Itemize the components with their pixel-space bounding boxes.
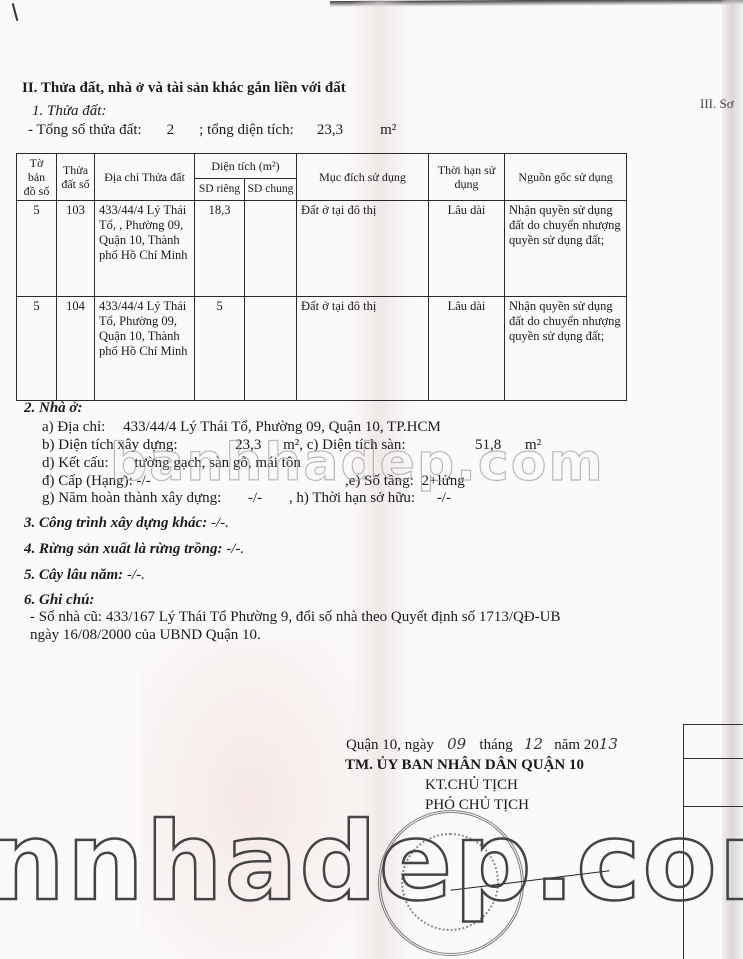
forest-row: 4. Rừng sản xuất là rừng trồng: -/-. bbox=[24, 541, 244, 558]
signature-org: TM. ỦY BAN NHÂN DÂN QUẬN 10 bbox=[345, 757, 584, 774]
forest-value: -/-. bbox=[226, 541, 244, 557]
land-parcel-table: Tờ bản đồ số Thửa đất số Địa chỉ Thửa đấ… bbox=[16, 153, 627, 401]
cell-parcel: 104 bbox=[57, 297, 95, 401]
header-area-common: SD chung bbox=[245, 178, 297, 200]
header-area-private: SD riêng bbox=[195, 178, 245, 200]
watermark-large: nnhadep.com bbox=[0, 800, 743, 925]
date-year-label: năm 20 bbox=[554, 737, 599, 753]
cell-term: Lâu dài bbox=[429, 201, 505, 297]
table-header-row: Tờ bản đồ số Thửa đất số Địa chỉ Thửa đấ… bbox=[17, 154, 627, 179]
house-address-label: a) Địa chỉ: bbox=[42, 419, 105, 435]
signature-date: Quận 10, ngày 09 tháng 12 năm 2013 bbox=[346, 735, 618, 754]
cell-origin: Nhận quyền sử dụng đất do chuyển nhượng … bbox=[505, 297, 627, 401]
cell-area-common bbox=[245, 201, 297, 297]
right-box-line bbox=[683, 758, 743, 759]
forest-label: 4. Rừng sản xuất là rừng trồng: bbox=[24, 541, 222, 557]
header-origin: Nguồn gốc sử dụng bbox=[505, 154, 627, 201]
cell-purpose: Đất ở tại đô thị bbox=[297, 201, 429, 297]
watermark-small: banhhadep.com bbox=[110, 433, 605, 493]
date-year: 13 bbox=[599, 735, 618, 753]
cell-origin: Nhận quyền sử dụng đất do chuyển nhượng … bbox=[505, 201, 627, 297]
corner-mark bbox=[12, 3, 19, 21]
date-prefix: Quận 10, ngày bbox=[346, 737, 434, 753]
date-day: 09 bbox=[438, 735, 476, 753]
signature-role-1: KT.CHỦ TỊCH bbox=[425, 777, 518, 794]
header-purpose: Mục đích sử dụng bbox=[297, 154, 429, 201]
date-month-label: tháng bbox=[479, 737, 512, 753]
notes-line-1: - Số nhà cũ: 433/167 Lý Thái Tổ Phường 9… bbox=[30, 609, 560, 626]
other-construction-value: -/-. bbox=[211, 515, 229, 531]
perennial-label: 5. Cây lâu năm: bbox=[24, 567, 123, 583]
header-map-sheet: Tờ bản đồ số bbox=[17, 154, 57, 201]
land-total-row: - Tổng số thửa đất: 2 ; tổng diện tích: … bbox=[28, 122, 396, 139]
land-heading: 1. Thửa đất: bbox=[32, 103, 106, 120]
cell-parcel: 103 bbox=[57, 201, 95, 297]
section-ii-title: II. Thửa đất, nhà ở và tài sản khác gắn … bbox=[22, 80, 346, 97]
cell-map-sheet: 5 bbox=[17, 297, 57, 401]
cell-area-private: 18,3 bbox=[195, 201, 245, 297]
date-month: 12 bbox=[516, 735, 550, 753]
land-area-unit: m² bbox=[366, 122, 396, 139]
header-address: Địa chỉ Thửa đất bbox=[95, 154, 195, 201]
right-box-line bbox=[683, 724, 743, 725]
perennial-value: -/-. bbox=[127, 567, 145, 583]
other-construction-row: 3. Công trình xây dựng khác: -/-. bbox=[24, 515, 229, 532]
header-term: Thời hạn sử dụng bbox=[429, 154, 505, 201]
notes-heading: 6. Ghi chú: bbox=[24, 592, 94, 609]
notes-line-2: ngày 16/08/2000 của UBND Quận 10. bbox=[30, 627, 261, 644]
table-row: 5 103 433/44/4 Lý Thái Tổ, , Phường 09, … bbox=[17, 201, 627, 297]
land-area-value: 23,3 bbox=[298, 122, 363, 139]
table-row: 5 104 433/44/4 Lý Thái Tổ, Phường 09, Qu… bbox=[17, 297, 627, 401]
land-total-label: - Tổng số thửa đất: bbox=[28, 122, 142, 138]
cell-address: 433/44/4 Lý Thái Tổ, Phường 09, Quận 10,… bbox=[95, 297, 195, 401]
section-iii-title: III. Sơ bbox=[700, 96, 734, 112]
house-heading: 2. Nhà ở: bbox=[24, 400, 82, 417]
cell-address: 433/44/4 Lý Thái Tổ, , Phường 09, Quận 1… bbox=[95, 201, 195, 297]
header-parcel: Thửa đất số bbox=[57, 154, 95, 201]
cell-area-private: 5 bbox=[195, 297, 245, 401]
cell-term: Lâu dài bbox=[429, 297, 505, 401]
land-area-label: ; tổng diện tích: bbox=[199, 122, 294, 138]
cell-purpose: Đất ở tại đô thị bbox=[297, 297, 429, 401]
structure-label: d) Kết cấu: bbox=[42, 455, 109, 471]
perennial-row: 5. Cây lâu năm: -/-. bbox=[24, 567, 145, 584]
cell-area-common bbox=[245, 297, 297, 401]
cell-map-sheet: 5 bbox=[17, 201, 57, 297]
header-area: Diện tích (m²) bbox=[195, 154, 297, 179]
other-construction-label: 3. Công trình xây dựng khác: bbox=[24, 515, 207, 531]
land-total-count: 2 bbox=[145, 122, 195, 139]
